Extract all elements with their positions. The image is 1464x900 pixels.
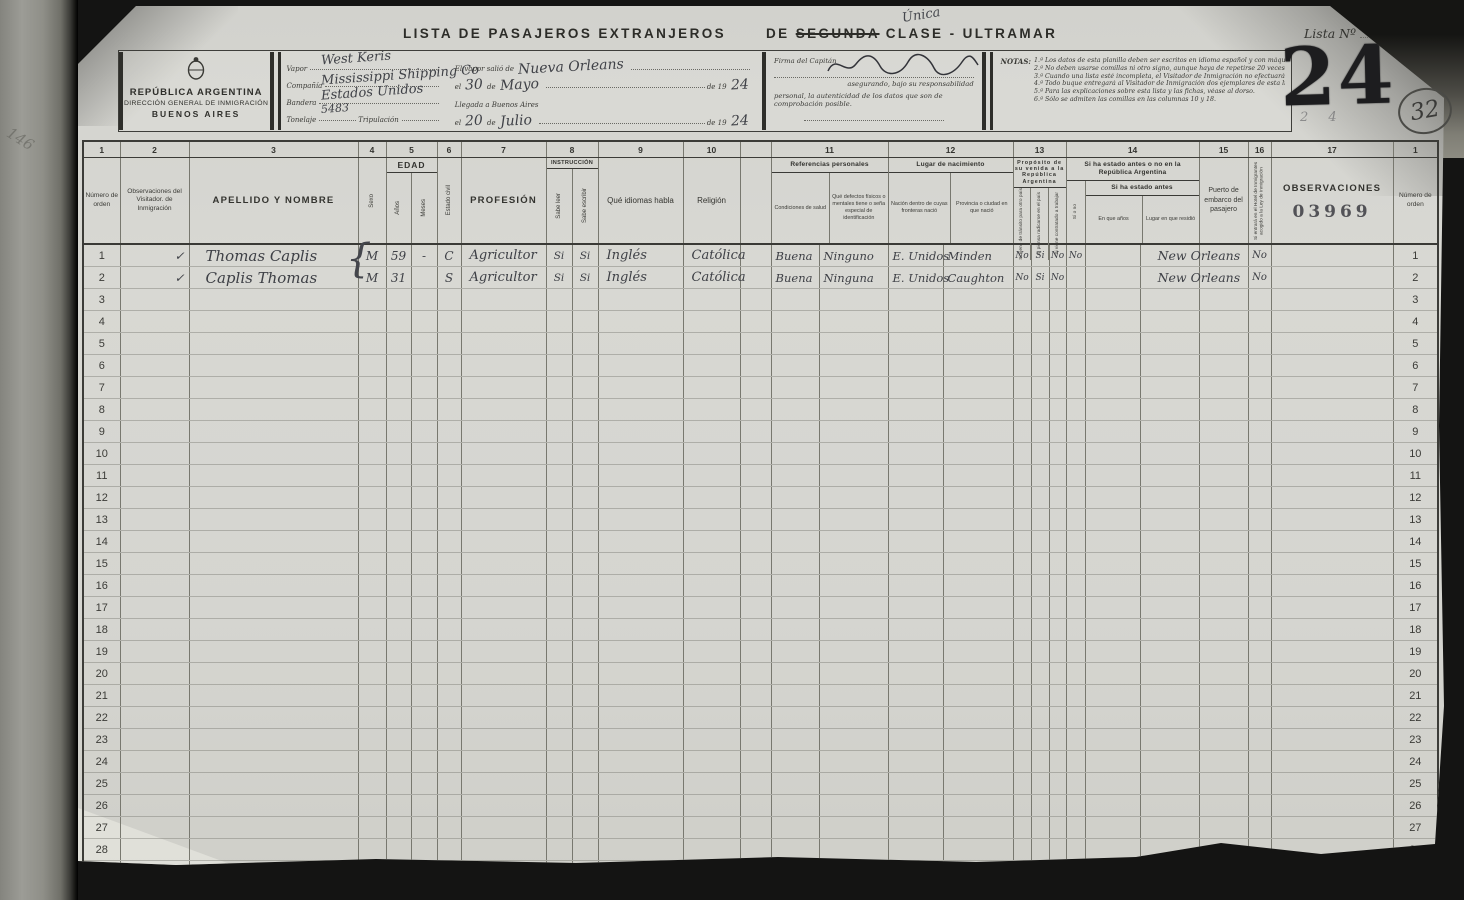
passenger-row: 55	[83, 333, 1438, 355]
row-number: 5	[83, 333, 120, 355]
cell-gap	[740, 355, 771, 377]
cell-otro	[1049, 399, 1066, 421]
cell-salud	[771, 531, 819, 553]
cell-mark	[120, 311, 189, 333]
row-number: 14	[83, 531, 120, 553]
cell-defectos	[819, 333, 888, 355]
cell-idiomas	[598, 575, 683, 597]
cell-hotel	[1248, 487, 1271, 509]
row-number: 8	[83, 399, 120, 421]
cell-profesion	[461, 553, 546, 575]
list-number-stamp: 24	[1279, 35, 1396, 118]
cell-otro	[1049, 575, 1066, 597]
cell-escribe	[572, 509, 598, 531]
cell-profesion	[461, 465, 546, 487]
cell-hotel	[1248, 311, 1271, 333]
cell-profesion	[461, 531, 546, 553]
cell-mark	[120, 575, 189, 597]
cell-anos	[386, 333, 411, 355]
cell-profesion	[461, 377, 546, 399]
cell-transito	[1013, 883, 1031, 900]
cell-lugar	[1140, 619, 1199, 641]
cell-escribe	[572, 861, 598, 883]
cell-escribe	[572, 751, 598, 773]
row-number: 18	[83, 619, 120, 641]
cell-otro	[1049, 663, 1066, 685]
cell-sexo	[358, 619, 386, 641]
cell-obs	[1271, 531, 1393, 553]
cell-salud	[771, 839, 819, 861]
cell-meses	[411, 641, 437, 663]
cell-hotel	[1248, 685, 1271, 707]
cell-mark	[120, 443, 189, 465]
column-label-row: Número de orden Observaciones del Visita…	[83, 158, 1438, 245]
cell-sexo	[358, 663, 386, 685]
cell-ciudad	[943, 333, 1013, 355]
cell-religion	[683, 729, 740, 751]
passenger-row: 2424	[83, 751, 1438, 773]
cell-transito	[1013, 751, 1031, 773]
cell-transito	[1013, 795, 1031, 817]
cell-obs	[1271, 355, 1393, 377]
passenger-row: 1414	[83, 531, 1438, 553]
cell-religion	[683, 465, 740, 487]
cell-otro: No	[1049, 267, 1066, 289]
cell-nacion	[888, 487, 943, 509]
cell-escribe	[572, 487, 598, 509]
cell-otro	[1049, 553, 1066, 575]
cell-nacion: E. Unidos	[888, 267, 943, 289]
cell-otro	[1049, 861, 1066, 883]
cell-escribe	[572, 773, 598, 795]
row-number: 28	[1393, 839, 1438, 861]
cell-anos	[386, 663, 411, 685]
cell-defectos	[819, 795, 888, 817]
cell-ciudad	[943, 465, 1013, 487]
row-number: 10	[1393, 443, 1438, 465]
cell-gap	[740, 663, 771, 685]
cell-name	[189, 751, 358, 773]
cell-ciudad	[943, 751, 1013, 773]
cell-sino	[1066, 531, 1085, 553]
passenger-row: 2222	[83, 707, 1438, 729]
cell-gap	[740, 509, 771, 531]
cell-lee	[546, 729, 572, 751]
cell-obs	[1271, 883, 1393, 900]
cell-estado	[437, 685, 461, 707]
note-item: 2.ª No deben usarse comillas ni otro sig…	[1034, 65, 1285, 73]
cell-radica	[1031, 443, 1049, 465]
cell-sino	[1066, 619, 1085, 641]
cell-idiomas	[598, 487, 683, 509]
cell-puerto	[1199, 839, 1248, 861]
col-num: 1	[83, 141, 120, 158]
cell-gap	[740, 399, 771, 421]
cell-radica	[1031, 465, 1049, 487]
cell-que_anos	[1085, 883, 1140, 900]
cell-sino	[1066, 311, 1085, 333]
cell-obs	[1271, 244, 1393, 267]
cell-hotel	[1248, 377, 1271, 399]
cell-defectos	[819, 487, 888, 509]
row-number: 18	[1393, 619, 1438, 641]
org-department: DIRECCIÓN GENERAL DE INMIGRACIÓN	[123, 100, 270, 107]
cell-sino	[1066, 817, 1085, 839]
cell-sino	[1066, 641, 1085, 663]
cell-mark	[120, 641, 189, 663]
cell-puerto	[1199, 641, 1248, 663]
cell-gap	[740, 553, 771, 575]
cell-radica	[1031, 333, 1049, 355]
note-item: 6.ª Sólo se admiten las comillas en las …	[1034, 96, 1285, 104]
cell-salud	[771, 311, 819, 333]
col-num: 13	[1013, 141, 1066, 158]
cell-nacion	[888, 553, 943, 575]
cell-meses	[411, 509, 437, 531]
cell-idiomas	[598, 399, 683, 421]
row-number: 3	[1393, 289, 1438, 311]
title-de: DE	[766, 26, 790, 41]
passenger-row: 2020	[83, 663, 1438, 685]
cell-meses	[411, 575, 437, 597]
cell-anos	[386, 707, 411, 729]
col-salud: Condiciones de salud	[774, 204, 828, 213]
cell-religion	[683, 883, 740, 900]
cell-nacion	[888, 883, 943, 900]
cell-name	[189, 795, 358, 817]
cell-escribe	[572, 333, 598, 355]
cell-anos	[386, 795, 411, 817]
cell-otro	[1049, 311, 1066, 333]
cell-hotel	[1248, 707, 1271, 729]
cell-obs	[1271, 839, 1393, 861]
cell-nacion: E. Unidos	[888, 244, 943, 267]
cell-salud	[771, 619, 819, 641]
col-si-o-no: Sí o no	[1073, 204, 1078, 219]
cell-escribe: Si	[572, 267, 598, 289]
cell-radica	[1031, 663, 1049, 685]
cell-idiomas	[598, 531, 683, 553]
cell-nacion	[888, 861, 943, 883]
cell-salud	[771, 355, 819, 377]
cell-lee	[546, 531, 572, 553]
cell-obs	[1271, 421, 1393, 443]
cell-estado	[437, 289, 461, 311]
cell-lee	[546, 707, 572, 729]
cell-otro	[1049, 817, 1066, 839]
cell-anos	[386, 729, 411, 751]
cell-salud	[771, 553, 819, 575]
cell-puerto	[1199, 399, 1248, 421]
cell-name	[189, 355, 358, 377]
cell-defectos	[819, 663, 888, 685]
cell-defectos: Ninguna	[819, 267, 888, 289]
cell-salud	[771, 487, 819, 509]
cell-escribe	[572, 421, 598, 443]
cell-obs	[1271, 311, 1393, 333]
title-class: CLASE - ULTRAMAR	[886, 26, 1058, 41]
cell-idiomas: Inglés	[598, 267, 683, 289]
cell-hotel	[1248, 619, 1271, 641]
cell-puerto	[1199, 289, 1248, 311]
note-item: 1.ª Los datos de esta planilla deben ser…	[1034, 57, 1285, 65]
cell-idiomas	[598, 663, 683, 685]
argentina-crest-icon	[185, 56, 207, 80]
cell-name	[189, 421, 358, 443]
cell-religion	[683, 641, 740, 663]
cell-meses	[411, 421, 437, 443]
cell-puerto	[1199, 421, 1248, 443]
cell-defectos	[819, 773, 888, 795]
registry-number-stamp: 03969	[1272, 202, 1393, 222]
cell-gap	[740, 641, 771, 663]
col-nacion: Nación dentro de cuyas fronteras nació	[889, 200, 951, 216]
cell-salud	[771, 685, 819, 707]
cell-mark	[120, 289, 189, 311]
row-number: 13	[1393, 509, 1438, 531]
cell-radica	[1031, 641, 1049, 663]
row-number: 17	[1393, 597, 1438, 619]
cell-radica: Si	[1031, 267, 1049, 289]
cell-lugar	[1140, 773, 1199, 795]
cell-profesion	[461, 861, 546, 883]
cell-name	[189, 729, 358, 751]
cell-sino	[1066, 553, 1085, 575]
col-blank	[740, 158, 771, 245]
cell-radica	[1031, 377, 1049, 399]
cell-salud	[771, 465, 819, 487]
cell-religion	[683, 399, 740, 421]
cell-mark	[120, 597, 189, 619]
cell-nacion	[888, 443, 943, 465]
cell-defectos	[819, 355, 888, 377]
cell-anos: 31	[386, 267, 411, 289]
cell-transito	[1013, 311, 1031, 333]
cell-estado	[437, 311, 461, 333]
captain-section: Firma del Capitán asegurando, bajo su re…	[766, 51, 982, 131]
cell-meses	[411, 861, 437, 883]
cell-transito	[1013, 399, 1031, 421]
cell-profesion	[461, 839, 546, 861]
cell-hotel	[1248, 861, 1271, 883]
cell-puerto: New Orleans	[1199, 244, 1248, 267]
cell-religion	[683, 707, 740, 729]
col-num: 11	[771, 141, 888, 158]
cell-sino	[1066, 729, 1085, 751]
col-apellido-nombre: APELLIDO Y NOMBRE	[190, 195, 358, 206]
cell-anos	[386, 751, 411, 773]
cell-sino	[1066, 465, 1085, 487]
captain-signature	[822, 51, 982, 79]
cell-escribe	[572, 355, 598, 377]
cell-sexo	[358, 883, 386, 900]
cell-obs	[1271, 267, 1393, 289]
cell-idiomas	[598, 597, 683, 619]
cell-lee	[546, 289, 572, 311]
cell-escribe	[572, 399, 598, 421]
row-number: 25	[83, 773, 120, 795]
scan-background: 146 LISTA DE PASAJEROS EXTRANJEROS DE SE…	[0, 0, 1464, 900]
row-number: 16	[1393, 575, 1438, 597]
col-meses: Meses	[421, 199, 428, 217]
row-number: 14	[1393, 531, 1438, 553]
cell-escribe: Si	[572, 244, 598, 267]
row-number: 22	[83, 707, 120, 729]
cell-otro	[1049, 729, 1066, 751]
row-number: 8	[1393, 399, 1438, 421]
cell-hotel	[1248, 641, 1271, 663]
cell-obs	[1271, 509, 1393, 531]
cell-puerto	[1199, 619, 1248, 641]
cell-lee	[546, 685, 572, 707]
col-lugar-residio: Lugar en que residió	[1145, 215, 1196, 224]
cell-radica	[1031, 685, 1049, 707]
cell-lugar	[1140, 729, 1199, 751]
col-puerto-embarco: Puerto de embarco del pasajero	[1200, 186, 1248, 214]
cell-nacion	[888, 641, 943, 663]
row-number: 5	[1393, 333, 1438, 355]
cell-sexo	[358, 289, 386, 311]
passenger-row: 2525	[83, 773, 1438, 795]
cell-mark	[120, 817, 189, 839]
cell-mark	[120, 465, 189, 487]
cell-que_anos	[1085, 399, 1140, 421]
cell-profesion	[461, 443, 546, 465]
cell-nacion	[888, 597, 943, 619]
cell-salud	[771, 817, 819, 839]
cell-meses	[411, 839, 437, 861]
passenger-row: 1717	[83, 597, 1438, 619]
cell-name	[189, 311, 358, 333]
cell-estado	[437, 729, 461, 751]
cell-radica	[1031, 751, 1049, 773]
cell-lee	[546, 553, 572, 575]
cell-idiomas	[598, 817, 683, 839]
cell-anos	[386, 311, 411, 333]
cell-idiomas	[598, 509, 683, 531]
cell-que_anos	[1085, 465, 1140, 487]
cell-lugar	[1140, 333, 1199, 355]
book-spine: 146	[0, 0, 78, 900]
cell-defectos	[819, 553, 888, 575]
row-number: 9	[1393, 421, 1438, 443]
cell-que_anos	[1085, 531, 1140, 553]
cell-anos	[386, 839, 411, 861]
cell-meses	[411, 553, 437, 575]
cell-gap	[740, 619, 771, 641]
cell-sino	[1066, 289, 1085, 311]
cell-sino	[1066, 663, 1085, 685]
cell-estado	[437, 355, 461, 377]
cell-sino	[1066, 707, 1085, 729]
cell-defectos	[819, 443, 888, 465]
col-num: 3	[189, 141, 358, 158]
cell-lugar	[1140, 531, 1199, 553]
cell-nacion	[888, 421, 943, 443]
cell-otro	[1049, 487, 1066, 509]
cell-mark	[120, 399, 189, 421]
cell-name	[189, 487, 358, 509]
cell-otro	[1049, 839, 1066, 861]
cell-ciudad: Caughton	[943, 267, 1013, 289]
cell-otro	[1049, 355, 1066, 377]
col-observaciones-visitador: Observaciones del Visitador. de Inmigrac…	[121, 188, 189, 214]
cell-name: Thomas Caplis	[189, 244, 358, 267]
cell-defectos	[819, 575, 888, 597]
row-number: 30	[83, 883, 120, 900]
cell-anos	[386, 817, 411, 839]
row-number: 19	[83, 641, 120, 663]
spine-pencil-marking: 146	[3, 124, 37, 154]
cell-salud	[771, 399, 819, 421]
cell-meses	[411, 729, 437, 751]
cell-transito	[1013, 861, 1031, 883]
cell-name	[189, 817, 358, 839]
cell-sino	[1066, 751, 1085, 773]
cell-anos	[386, 861, 411, 883]
cell-lee	[546, 487, 572, 509]
cell-transito	[1013, 377, 1031, 399]
cell-radica	[1031, 487, 1049, 509]
cell-ciudad	[943, 355, 1013, 377]
cell-religion	[683, 355, 740, 377]
col-instruccion: INSTRUCCIÓN	[547, 158, 598, 169]
col-sabe-escribir: Sabe escribir	[582, 188, 589, 223]
cell-sexo	[358, 773, 386, 795]
cell-sino	[1066, 333, 1085, 355]
cell-escribe	[572, 553, 598, 575]
cell-meses: -	[411, 244, 437, 267]
cell-que_anos	[1085, 244, 1140, 267]
cell-lee	[546, 751, 572, 773]
cell-sino	[1066, 443, 1085, 465]
cell-idiomas	[598, 333, 683, 355]
table-body: 1✓Thomas CaplisM59-CAgricultorSiSiInglés…	[83, 244, 1438, 900]
cell-defectos	[819, 619, 888, 641]
arrival-label-row: Llegada a Buenos Aires	[455, 91, 753, 109]
cell-puerto	[1199, 443, 1248, 465]
cell-radica	[1031, 355, 1049, 377]
cell-salud	[771, 707, 819, 729]
cell-sexo	[358, 531, 386, 553]
cell-nacion	[888, 531, 943, 553]
cell-escribe	[572, 641, 598, 663]
cell-radica	[1031, 553, 1049, 575]
captain-assurance-line2: personal, la autenticidad de los datos q…	[774, 92, 974, 108]
cell-name	[189, 509, 358, 531]
cell-profesion	[461, 333, 546, 355]
cell-nacion	[888, 773, 943, 795]
cell-meses	[411, 333, 437, 355]
cell-lugar	[1140, 861, 1199, 883]
cell-nacion	[888, 729, 943, 751]
cell-otro	[1049, 377, 1066, 399]
cell-lugar	[1140, 663, 1199, 685]
cell-mark	[120, 355, 189, 377]
row-number: 6	[83, 355, 120, 377]
cell-obs	[1271, 575, 1393, 597]
cell-transito	[1013, 355, 1031, 377]
cell-lugar	[1140, 311, 1199, 333]
cell-defectos	[819, 883, 888, 900]
cell-profesion	[461, 707, 546, 729]
cell-ciudad	[943, 773, 1013, 795]
cell-puerto	[1199, 707, 1248, 729]
cell-transito: No	[1013, 267, 1031, 289]
cell-ciudad	[943, 553, 1013, 575]
struck-class-word: SEGUNDA	[796, 26, 880, 41]
cell-sexo	[358, 377, 386, 399]
